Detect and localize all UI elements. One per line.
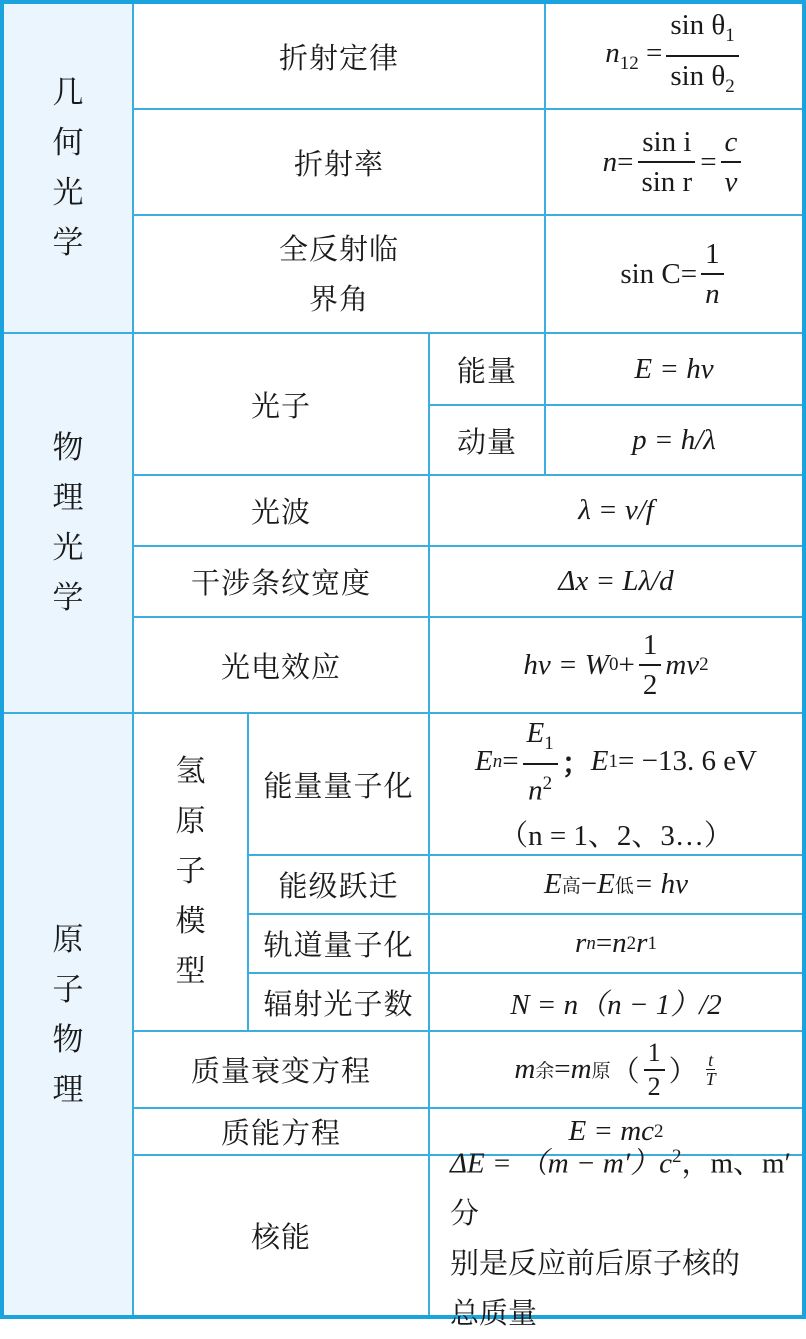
category-char: 何	[53, 118, 84, 168]
math-op: =	[554, 1053, 570, 1086]
denominator: 2	[644, 1071, 665, 1103]
math-var: n	[612, 927, 627, 960]
formula-critical-angle: sin C = 1 n	[546, 216, 802, 332]
label-fringe-width: 干涉条纹宽度	[134, 547, 428, 616]
math-expr: N = n（n − 1）/2	[510, 982, 722, 1023]
numerator: 1	[701, 235, 724, 275]
math-sub: 12	[620, 53, 639, 74]
category-char: 理	[53, 1065, 84, 1115]
category-char: 学	[53, 218, 84, 268]
fraction: sin i sin r	[637, 123, 696, 201]
category-char: 原	[53, 915, 84, 965]
label-text: 能级跃迁	[278, 864, 398, 905]
label-light-wave: 光波	[134, 476, 428, 545]
label-text: 全反射临	[279, 224, 399, 274]
math-condition: （n = 1、2、3…）	[499, 813, 733, 854]
category-char: 子	[53, 965, 84, 1015]
label-text: 核能	[251, 1215, 311, 1256]
math-op: =	[617, 146, 633, 179]
category-char: 光	[53, 523, 84, 573]
denominator: v	[721, 163, 742, 201]
math-op: ；	[562, 741, 591, 782]
label-text: 干涉条纹宽度	[191, 561, 371, 602]
formula-radiated-photons: N = n（n − 1）/2	[430, 974, 802, 1030]
math-expr: mv	[665, 649, 699, 682]
math-paren: （	[611, 1049, 640, 1090]
label-mass-energy: 质能方程	[134, 1109, 428, 1154]
label-text: 质能方程	[221, 1111, 341, 1152]
label-text: 光波	[251, 490, 311, 531]
label-text: 动量	[457, 420, 517, 461]
math-expr: = hν	[634, 868, 688, 901]
formula-level-transition: E高 − E低 = hν	[430, 856, 802, 913]
numerator: E	[527, 717, 545, 749]
description-text: 总质量	[450, 1289, 537, 1319]
formula-nuclear-energy: ΔE = （m − m′）c2，m、m′分 别是反应前后原子核的 总质量	[430, 1156, 802, 1315]
category-atomic-physics: 原 子 物 理	[4, 714, 132, 1315]
formula-light-wave: λ = v/f	[430, 476, 802, 545]
math-sub: 2	[725, 76, 735, 97]
physics-formula-table: 几 何 光 学 物 理 光 学 原 子 物 理	[0, 0, 806, 1319]
fraction: 1 2	[644, 1037, 665, 1103]
math-sub: 1	[609, 751, 619, 773]
math-var: m	[514, 1053, 535, 1086]
formula-photon-energy: E = hν	[546, 334, 802, 404]
denominator: sin r	[637, 163, 696, 201]
math-expr: E = hν	[634, 353, 713, 386]
label-text: 折射率	[294, 142, 384, 183]
math-var: r	[636, 927, 647, 960]
formula-photoelectric: hν = W0 + 1 2 mv2	[430, 618, 802, 712]
math-sub: 余	[535, 1056, 554, 1083]
math-sub: 低	[615, 871, 634, 898]
math-expr: hν = W	[523, 649, 609, 682]
label-text: 质量衰变方程	[191, 1049, 371, 1090]
label-photon-momentum: 动量	[430, 406, 544, 474]
numerator: c	[721, 123, 742, 163]
math-sup: 2	[627, 933, 637, 955]
label-photon: 光子	[134, 334, 428, 474]
formula-energy-quantization: En = E1 n2 ；E1 = −13. 6 eV （n = 1、2、3…）	[430, 714, 802, 854]
label-photon-energy: 能量	[430, 334, 544, 404]
category-char: 物	[53, 423, 84, 473]
formula-orbit-quantization: rn = n2r1	[430, 915, 802, 972]
formula-decay-equation: m余 = m原（ 1 2 ） t T	[430, 1032, 802, 1107]
category-char: 原	[176, 797, 206, 847]
fraction: E1 n2	[523, 714, 558, 809]
label-text: 界角	[309, 274, 369, 324]
math-expr: sin C	[620, 258, 680, 291]
math-op: =	[681, 258, 697, 291]
math-sub: 1	[544, 733, 554, 754]
fraction: c v	[721, 123, 742, 201]
fraction: 1 n	[701, 235, 724, 313]
math-sub: 0	[609, 654, 619, 676]
math-expr: λ = v/f	[578, 494, 654, 527]
math-sup: 2	[699, 654, 709, 676]
math-op: =	[502, 745, 518, 778]
exponent-fraction: t T	[704, 1051, 718, 1088]
category-char: 物	[53, 1015, 84, 1065]
math-var: n	[603, 146, 618, 179]
denominator: n	[701, 275, 724, 313]
category-char: 型	[176, 947, 206, 997]
formula-refractive-index: n = sin i sin r = c v	[546, 110, 802, 214]
numerator: t	[706, 1051, 715, 1070]
label-energy-quantization: 能量量子化	[249, 714, 428, 854]
math-paren: ）	[669, 1049, 698, 1090]
category-geometric-optics: 几 何 光 学	[4, 4, 132, 332]
label-text: 光子	[251, 384, 311, 425]
numerator: sin i	[638, 123, 695, 163]
denominator: T	[704, 1070, 718, 1088]
label-radiated-photons: 辐射光子数	[249, 974, 428, 1030]
label-decay-equation: 质量衰变方程	[134, 1032, 428, 1107]
math-var: E	[591, 745, 609, 778]
label-photoelectric: 光电效应	[134, 618, 428, 712]
denominator: n	[528, 774, 543, 806]
math-expr: ΔE = （m − m′）c	[450, 1148, 672, 1180]
math-op: =	[700, 146, 716, 179]
category-physical-optics: 物 理 光 学	[4, 334, 132, 712]
fraction: sin θ1 sin θ2	[666, 6, 738, 106]
description-text: 别是反应前后原子核的	[450, 1239, 740, 1289]
math-var: E	[544, 868, 562, 901]
math-sub: n	[586, 933, 596, 955]
math-sub: 原	[592, 1056, 611, 1083]
category-char: 氢	[176, 747, 206, 797]
label-level-transition: 能级跃迁	[249, 856, 428, 913]
math-sub: 高	[562, 871, 581, 898]
numerator: sin θ	[670, 9, 725, 41]
math-sup: 2	[543, 773, 553, 794]
math-expr: Δx = Lλ/d	[558, 565, 673, 598]
math-var: m	[571, 1053, 592, 1086]
label-nuclear-energy: 核能	[134, 1156, 428, 1315]
math-op: +	[618, 649, 634, 682]
fraction: 1 2	[639, 626, 662, 704]
label-refractive-index: 折射率	[134, 110, 544, 214]
formula-fringe-width: Δx = Lλ/d	[430, 547, 802, 616]
category-char: 模	[176, 897, 206, 947]
math-sub: 1	[725, 25, 735, 46]
label-text: 能量量子化	[263, 764, 413, 805]
formula-refraction-law: n12 = sin θ1 sin θ2	[546, 4, 802, 108]
category-char: 几	[53, 68, 84, 118]
label-text: 能量	[457, 349, 517, 390]
denominator: 2	[639, 666, 662, 704]
label-text: 辐射光子数	[263, 982, 413, 1023]
label-orbit-quantization: 轨道量子化	[249, 915, 428, 972]
math-var: E	[597, 868, 615, 901]
formula-photon-momentum: p = h/λ	[546, 406, 802, 474]
math-op: =	[639, 37, 663, 69]
label-text: 轨道量子化	[263, 923, 413, 964]
math-var: n	[605, 37, 620, 69]
math-var: E	[475, 745, 493, 778]
math-sub: 1	[647, 933, 657, 955]
math-op: −	[581, 868, 597, 901]
label-text: 折射定律	[279, 36, 399, 77]
category-char: 学	[53, 573, 84, 623]
category-char: 光	[53, 168, 84, 218]
label-critical-angle: 全反射临 界角	[134, 216, 544, 332]
math-sub: n	[493, 751, 503, 773]
label-text: 光电效应	[221, 645, 341, 686]
category-char: 子	[176, 847, 206, 897]
category-char: 理	[53, 473, 84, 523]
category-hydrogen-model: 氢 原 子 模 型	[134, 714, 247, 1030]
numerator: 1	[639, 626, 662, 666]
math-value: = −13. 6 eV	[618, 745, 757, 778]
label-refraction-law: 折射定律	[134, 4, 544, 108]
denominator: sin θ	[670, 60, 725, 92]
math-expr: p = h/λ	[632, 424, 716, 457]
math-op: =	[596, 927, 612, 960]
math-var: r	[575, 927, 586, 960]
numerator: 1	[644, 1037, 665, 1071]
